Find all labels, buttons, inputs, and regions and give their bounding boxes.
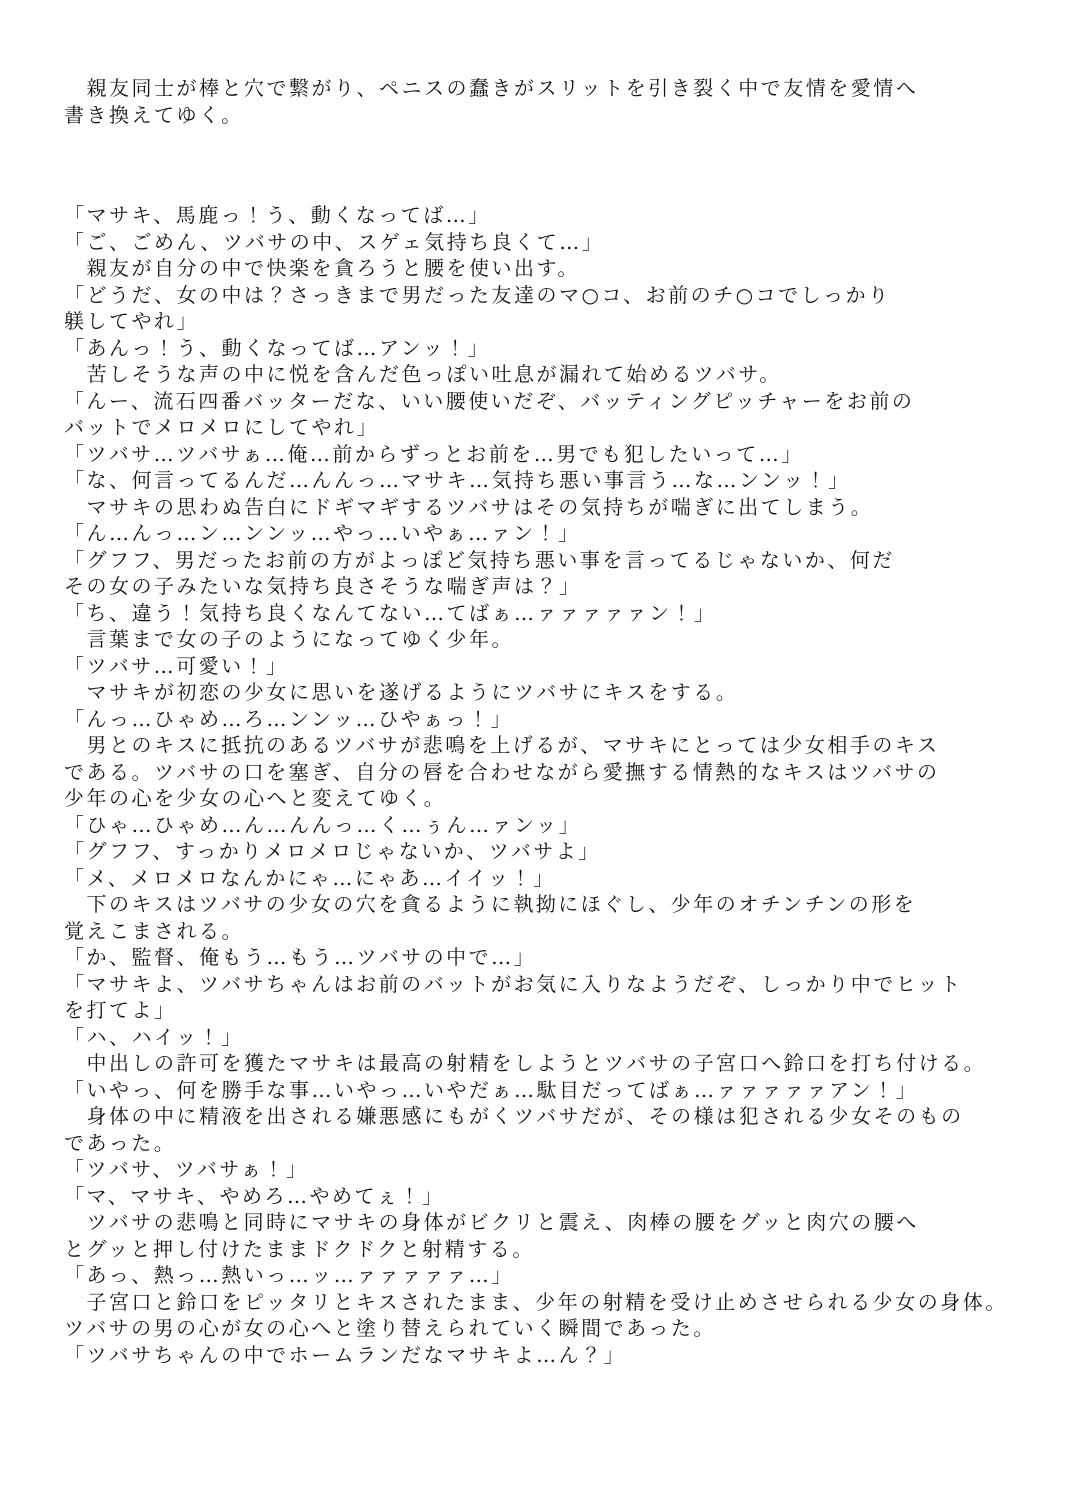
text-line: とグッと押し付けたままドクドクと射精する。 [64, 1236, 1028, 1263]
text-line: 「ご、ごめん、ツバサの中、スゲェ気持ち良くて…」 [64, 229, 1028, 256]
text-line: 「ひゃ…ひゃめ…ん…んんっ…く…ぅん…ァンッ」 [64, 812, 1028, 839]
text-line: であった。 [64, 1130, 1028, 1157]
text-line: 「グフフ、男だったお前の方がよっぽど気持ち悪い事を言ってるじゃないか、何だ [64, 547, 1028, 574]
text-line: 「マサキ、馬鹿っ！う、動くなってば…」 [64, 202, 1028, 229]
text-line: 身体の中に精液を出される嫌悪感にもがくツバサだが、その様は犯される少女そのもの [64, 1103, 1028, 1130]
text-line: 「ツバサ、ツバサぁ！」 [64, 1156, 1028, 1183]
text-line: 「マサキよ、ツバサちゃんはお前のバットがお気に入りなようだぞ、しっかり中でヒット [64, 971, 1028, 998]
text-line: その女の子みたいな気持ち良さそうな喘ぎ声は？」 [64, 573, 1028, 600]
text-line: 「ハ、ハイッ！」 [64, 1024, 1028, 1051]
text-line: 子宮口と鈴口をピッタリとキスされたまま、少年の射精を受け止めさせられる少女の身体… [64, 1289, 1028, 1316]
text-line: 言葉まで女の子のようになってゆく少年。 [64, 626, 1028, 653]
text-line: 「あっ、熱っ…熱いっ…ッ…ァァァァァ…」 [64, 1262, 1028, 1289]
story-text: 「マサキ、馬鹿っ！う、動くなってば…」「ご、ごめん、ツバサの中、スゲェ気持ち良く… [64, 202, 1028, 1368]
text-line: を打てよ」 [64, 997, 1028, 1024]
text-line: ツバサの男の心が女の心へと塗り替えられていく瞬間であった。 [64, 1315, 1028, 1342]
text-line: 「ツバサ…ツバサぁ…俺…前からずっとお前を…男でも犯したいって…」 [64, 441, 1028, 468]
document-page: 親友同士が棒と穴で繋がり、ペニスの蠢きがスリットを引き裂く中で友情を愛情へ書き換… [0, 0, 1072, 1500]
text-line: 「あんっ！う、動くなってば…アンッ！」 [64, 335, 1028, 362]
text-line: 苦しそうな声の中に悦を含んだ色っぽい吐息が漏れて始めるツバサ。 [64, 361, 1028, 388]
text-line: 「メ、メロメロなんかにゃ…にゃあ…イイッ！」 [64, 865, 1028, 892]
text-line: 躾してやれ」 [64, 308, 1028, 335]
text-line: 「いやっ、何を勝手な事…いやっ…いやだぁ…駄目だってばぁ…ァァァァァアン！」 [64, 1077, 1028, 1104]
text-line: ツバサの悲鳴と同時にマサキの身体がビクリと震え、肉棒の腰をグッと肉穴の腰へ [64, 1209, 1028, 1236]
summary-paragraph: 親友同士が棒と穴で繋がり、ペニスの蠢きがスリットを引き裂く中で友情を愛情へ書き換… [64, 75, 1028, 128]
text-line: 「ツバサちゃんの中でホームランだなマサキよ…ん？」 [64, 1342, 1028, 1369]
text-line: 覚えこまされる。 [64, 918, 1028, 945]
text-line: 「ち、違う！気持ち良くなんてない…てばぁ…ァァァァァン！」 [64, 600, 1028, 627]
text-line: 親友が自分の中で快楽を貪ろうと腰を使い出す。 [64, 255, 1028, 282]
text-line: 下のキスはツバサの少女の穴を貪るように執拗にほぐし、少年のオチンチンの形を [64, 891, 1028, 918]
text-line: 親友同士が棒と穴で繋がり、ペニスの蠢きがスリットを引き裂く中で友情を愛情へ [64, 75, 1028, 102]
text-line: マサキの思わぬ告白にドギマギするツバサはその気持ちが喘ぎに出てしまう。 [64, 494, 1028, 521]
text-line: 「どうだ、女の中は？さっきまで男だった友達のマ○コ、お前のチ○コでしっかり [64, 282, 1028, 309]
text-line: である。ツバサの口を塞ぎ、自分の唇を合わせながら愛撫する情熱的なキスはツバサの [64, 759, 1028, 786]
text-line: 「な、何言ってるんだ…んんっ…マサキ…気持ち悪い事言う…な…ンンッ！」 [64, 467, 1028, 494]
text-line: 中出しの許可を獲たマサキは最高の射精をしようとツバサの子宮口へ鈴口を打ち付ける。 [64, 1050, 1028, 1077]
text-line: 「グフフ、すっかりメロメロじゃないか、ツバサよ」 [64, 838, 1028, 865]
text-line: バットでメロメロにしてやれ」 [64, 414, 1028, 441]
text-line: 男とのキスに抵抗のあるツバサが悲鳴を上げるが、マサキにとっては少女相手のキス [64, 732, 1028, 759]
text-line: 「んっ…ひゃめ…ろ…ンンッ…ひやぁっ！」 [64, 706, 1028, 733]
text-line: 「マ、マサキ、やめろ…やめてぇ！」 [64, 1183, 1028, 1210]
text-line: 「ツバサ…可愛い！」 [64, 653, 1028, 680]
text-line: マサキが初恋の少女に思いを遂げるようにツバサにキスをする。 [64, 679, 1028, 706]
text-line: 「か、監督、俺もう…もう…ツバサの中で…」 [64, 944, 1028, 971]
text-line: 少年の心を少女の心へと変えてゆく。 [64, 785, 1028, 812]
text-line: 「んー、流石四番バッターだな、いい腰使いだぞ、バッティングピッチャーをお前の [64, 388, 1028, 415]
text-line: 書き換えてゆく。 [64, 102, 1028, 129]
text-line: 「ん…んっ…ン…ンンッ…やっ…いやぁ…ァン！」 [64, 520, 1028, 547]
